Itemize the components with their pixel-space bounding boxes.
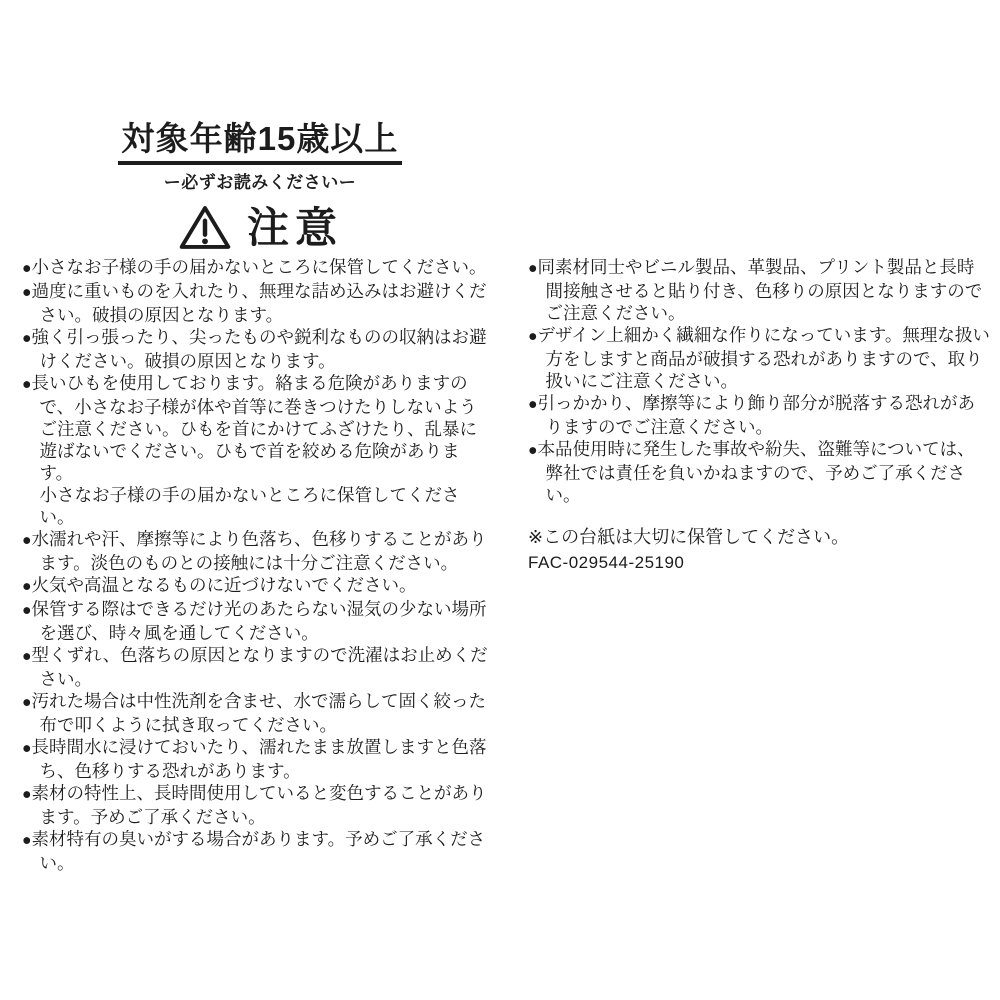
item-code: FAC-029544-25190: [528, 550, 990, 576]
bullet-icon: ●: [22, 694, 32, 711]
warning-list-item: ●強く引っ張ったり、尖ったものや鋭利なものの収納はお避けください。破損の原因とな…: [22, 326, 492, 372]
warning-text: 素材特有の臭いがする場合があります。予めご了承ください。: [32, 829, 486, 873]
warning-text: 同素材同士やビニル製品、革製品、プリント製品と長時間接触させると貼り付き、色移り…: [538, 257, 983, 323]
warning-text: 火気や高温となるものに近づけないでください。: [32, 575, 417, 595]
warning-list-item: ●素材の特性上、長時間使用していると変色することがあります。予めご了承ください。: [22, 782, 492, 828]
warnings-right-list: ●同素材同士やビニル製品、革製品、プリント製品と長時間接触させると貼り付き、色移…: [528, 256, 990, 506]
bullet-icon: ●: [22, 260, 32, 277]
warning-list-item: ●小さなお子様の手の届かないところに保管してください。: [22, 256, 492, 280]
warning-list-item: ●素材特有の臭いがする場合があります。予めご了承ください。: [22, 828, 492, 874]
warnings-left-column: ●小さなお子様の手の届かないところに保管してください。●過度に重いものを入れたり…: [22, 256, 492, 874]
warning-text: 本品使用時に発生した事故や紛失、盗難等については、弊社では責任を負いかねますので…: [538, 439, 975, 505]
warning-list-item: ●本品使用時に発生した事故や紛失、盗難等については、弊社では責任を負いかねますの…: [528, 438, 990, 506]
keep-card-note: ※この台紙は大切に保管してください。: [528, 524, 990, 550]
warning-text: 長いひもを使用しております。絡まる危険がありますので、小さなお子様が体や首等に巻…: [32, 373, 477, 527]
warning-text: 保管する際はできるだけ光のあたらない湿気の少ない場所を選び、時々風を通してくださ…: [32, 599, 487, 643]
age-notice-title: 対象年齢15歳以上: [0, 120, 520, 165]
warnings-right-column: ●同素材同士やビニル製品、革製品、プリント製品と長時間接触させると貼り付き、色移…: [528, 256, 990, 576]
caution-heading: 注意: [0, 203, 520, 253]
bullet-icon: ●: [22, 602, 32, 619]
warning-text: 過度に重いものを入れたり、無理な詰め込みはお避けください。破損の原因となります。: [32, 281, 487, 325]
bullet-icon: ●: [528, 442, 538, 459]
bullet-icon: ●: [22, 376, 32, 393]
caution-title: 注意: [247, 207, 343, 249]
bullet-icon: ●: [528, 260, 538, 277]
warning-text: 引っかかり、摩擦等により飾り部分が脱落する恐れがありますのでご注意ください。: [538, 393, 976, 437]
warning-list-item: ●長時間水に浸けておいたり、濡れたまま放置しますと色落ち、色移りする恐れがありま…: [22, 736, 492, 782]
warning-list-item: ●型くずれ、色落ちの原因となりますので洗濯はお止めください。: [22, 644, 492, 690]
bullet-icon: ●: [528, 396, 538, 413]
warning-text: 汚れた場合は中性洗剤を含ませ、水で濡らして固く絞った布で叩くように拭き取ってくだ…: [32, 691, 486, 735]
warning-triangle-icon: [177, 203, 233, 253]
bullet-icon: ●: [22, 330, 32, 347]
warning-list-item: ●長いひもを使用しております。絡まる危険がありますので、小さなお子様が体や首等に…: [22, 372, 492, 528]
warning-list-item: ●同素材同士やビニル製品、革製品、プリント製品と長時間接触させると貼り付き、色移…: [528, 256, 990, 324]
bullet-icon: ●: [22, 284, 32, 301]
warning-text: 強く引っ張ったり、尖ったものや鋭利なものの収納はお避けください。破損の原因となり…: [32, 327, 487, 371]
warning-text: 長時間水に浸けておいたり、濡れたまま放置しますと色落ち、色移りする恐れがあります…: [32, 737, 487, 781]
warning-list-item: ●引っかかり、摩擦等により飾り部分が脱落する恐れがありますのでご注意ください。: [528, 392, 990, 438]
warning-list-item: ●保管する際はできるだけ光のあたらない湿気の少ない場所を選び、時々風を通してくだ…: [22, 598, 492, 644]
caution-header: 対象年齢15歳以上 ー必ずお読みくださいー 注意: [0, 120, 520, 253]
warning-list-item: ●水濡れや汗、摩擦等により色落ち、色移りすることがあります。淡色のものとの接触に…: [22, 528, 492, 574]
footer-block: ※この台紙は大切に保管してください。 FAC-029544-25190: [528, 524, 990, 576]
warning-text: 型くずれ、色落ちの原因となりますので洗濯はお止めください。: [32, 645, 488, 689]
warning-text: 水濡れや汗、摩擦等により色落ち、色移りすることがあります。淡色のものとの接触には…: [32, 529, 487, 573]
warning-text: 小さなお子様の手の届かないところに保管してください。: [32, 257, 487, 277]
warning-list-item: ●デザイン上細かく繊細な作りになっています。無理な扱い方をしますと商品が破損する…: [528, 324, 990, 392]
bullet-icon: ●: [528, 328, 538, 345]
read-notice-subtitle: ー必ずお読みくださいー: [0, 168, 520, 193]
bullet-icon: ●: [22, 740, 32, 757]
warning-list-item: ●過度に重いものを入れたり、無理な詰め込みはお避けください。破損の原因となります…: [22, 280, 492, 326]
bullet-icon: ●: [22, 578, 32, 595]
age-notice-text: 対象年齢15歳以上: [118, 120, 403, 165]
bullet-icon: ●: [22, 786, 32, 803]
warning-list-item: ●火気や高温となるものに近づけないでください。: [22, 574, 492, 598]
bullet-icon: ●: [22, 832, 32, 849]
warning-list-item: ●汚れた場合は中性洗剤を含ませ、水で濡らして固く絞った布で叩くように拭き取ってく…: [22, 690, 492, 736]
warning-text: 素材の特性上、長時間使用していると変色することがあります。予めご了承ください。: [32, 783, 487, 827]
bullet-icon: ●: [22, 648, 32, 665]
warning-text: デザイン上細かく繊細な作りになっています。無理な扱い方をしますと商品が破損する恐…: [538, 325, 990, 391]
bullet-icon: ●: [22, 532, 32, 549]
